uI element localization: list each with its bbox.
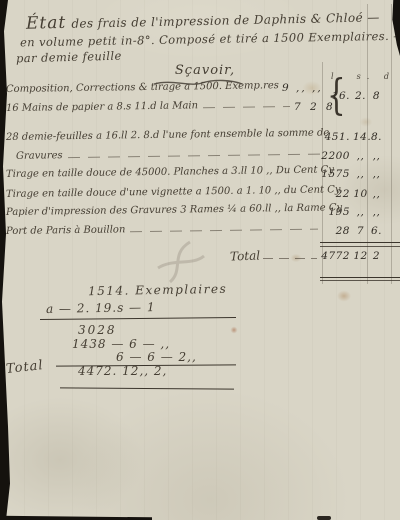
line-item-row: Tirage en taille douce de 45000. Planche… bbox=[6, 165, 320, 180]
item-sols: 10 bbox=[353, 188, 368, 200]
line-item-row: 16 Mains de papier a 8.s 11.d la Main bbox=[6, 99, 292, 114]
leader-dashes bbox=[203, 106, 290, 108]
partial-product: 1438 — 6 — ,, bbox=[72, 337, 170, 351]
savoir-label: Sçavoir, bbox=[150, 63, 260, 78]
verification-count: 1514. Exemplaires bbox=[88, 282, 227, 298]
item-label: Gravures bbox=[16, 150, 63, 162]
line-item-row: Gravures bbox=[6, 146, 330, 162]
item-label: Tirage en taille douce d'une vignette a … bbox=[6, 184, 342, 200]
item-deniers: ,, bbox=[369, 150, 384, 162]
sum-rule bbox=[320, 246, 400, 247]
item-deniers: 6. bbox=[369, 225, 384, 237]
item-livres: 2200 bbox=[318, 150, 350, 162]
item-sols: ,, bbox=[353, 206, 368, 218]
manuscript-page: État des frais de l'impression de Daphni… bbox=[0, 0, 400, 520]
item-label: Papier d'impression des Gravures 3 Rames… bbox=[6, 202, 342, 218]
item-deniers: 8. bbox=[369, 131, 384, 143]
leader-dashes bbox=[68, 154, 328, 159]
grand-total-livres: 4772 bbox=[318, 250, 350, 262]
line-item-row: Port de Paris à Bouillon bbox=[6, 222, 320, 237]
verification-total-value: 4472. 12,, 2, bbox=[78, 364, 167, 378]
scan-edge-bottom-mark bbox=[317, 516, 331, 520]
title-line1-rest: des frais de l'impression de Daphnis & C… bbox=[71, 10, 380, 30]
leader-dashes bbox=[263, 258, 317, 259]
closing-rule bbox=[320, 277, 400, 278]
verification-total-label: Total bbox=[5, 358, 44, 377]
closing-rule bbox=[320, 280, 400, 281]
item-label: 28 demie-feuilles a 16.ll 2. 8.d l'une f… bbox=[6, 127, 329, 143]
calc-rule bbox=[60, 387, 234, 390]
line-item-row: Composition, Corrections & tirage a 1500… bbox=[6, 80, 278, 95]
grand-total-deniers: 2 bbox=[369, 250, 384, 262]
item-label: Port de Paris à Bouillon bbox=[6, 224, 126, 237]
line-item-row: Tirage en taille douce d'une vignette a … bbox=[6, 185, 320, 200]
sum-rule bbox=[320, 242, 400, 243]
scan-edge-bottom bbox=[0, 514, 152, 520]
partial-product: 3028 bbox=[78, 323, 117, 337]
subtotal-livres: 16. bbox=[318, 90, 350, 102]
subtotal-deniers: 8 bbox=[369, 90, 384, 102]
item-sols: 7 bbox=[353, 225, 368, 237]
item-deniers: ,, bbox=[369, 188, 384, 200]
grand-total-label: Total bbox=[230, 248, 261, 263]
ink-ghost-flourish bbox=[140, 240, 210, 284]
subtotal-sols: 2. bbox=[353, 90, 368, 102]
item-label: Composition, Corrections & tirage a 1500… bbox=[6, 80, 279, 95]
leader-dashes bbox=[130, 229, 318, 233]
grand-total-sols: 12 bbox=[353, 250, 368, 262]
item-livres: 28 bbox=[318, 225, 350, 237]
item-sols: 14. bbox=[353, 131, 368, 143]
item-deniers: ,, bbox=[369, 206, 384, 218]
item-livres: 451. bbox=[318, 131, 350, 143]
calc-rule bbox=[40, 317, 236, 320]
item-livres: 1575 bbox=[318, 168, 350, 180]
scan-edge-left bbox=[0, 0, 10, 520]
line-item-row: Papier d'impression des Gravures 3 Rames… bbox=[6, 203, 320, 218]
document-title-line3: par demie feuille bbox=[16, 49, 122, 66]
item-label: 16 Mains de papier a 8.s 11.d la Main bbox=[6, 100, 198, 114]
title-lead-word: État bbox=[26, 13, 67, 34]
verification-rate: a — 2. 19.s — 1 bbox=[46, 300, 156, 316]
item-livres: 22 bbox=[318, 188, 350, 200]
item-sols: ,, bbox=[353, 150, 368, 162]
item-deniers: ,, bbox=[369, 168, 384, 180]
item-sols: ,, bbox=[353, 168, 368, 180]
line-item-row: 28 demie-feuilles a 16.ll 2. 8.d l'une f… bbox=[6, 128, 320, 143]
partial-product: 6 — 6 — 2,, bbox=[116, 350, 197, 364]
item-label: Tirage en taille douce de 45000. Planche… bbox=[6, 164, 334, 180]
item-livres: 195 bbox=[318, 206, 350, 218]
